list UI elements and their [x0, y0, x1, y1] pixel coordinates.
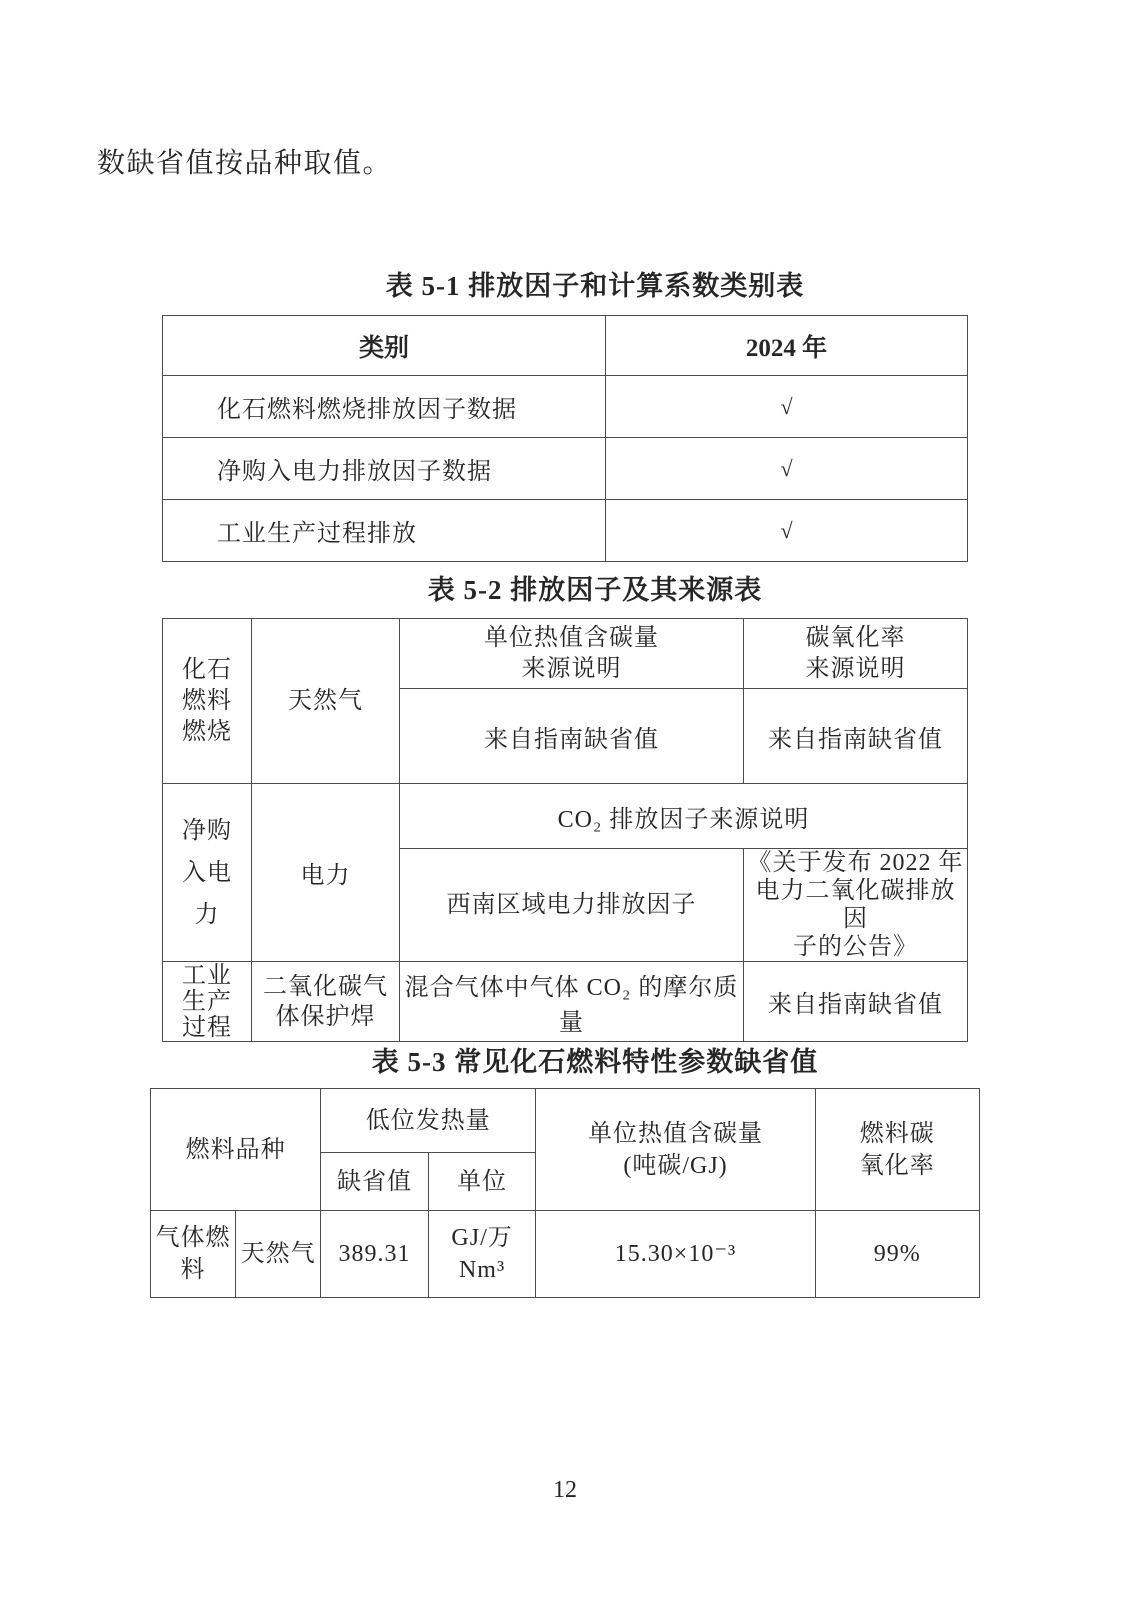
t52-electricity-factor: 西南区域电力排放因子	[400, 849, 744, 962]
document-page: 数缺省值按品种取值。 表 5-1 排放因子和计算系数类别表 类别 2024 年 …	[0, 0, 1130, 1600]
table-row: 工业 生产 过程 二氧化碳气 体保护焊 混合气体中气体 CO₂ 的摩尔质量 来自…	[163, 962, 968, 1042]
t51-row2-category: 净购入电力排放因子数据	[163, 438, 606, 500]
table-5-3-title: 表 5-3 常见化石燃料特性参数缺省值	[30, 1040, 1130, 1079]
t51-row1-category: 化石燃料燃烧排放因子数据	[163, 376, 606, 438]
page-number: 12	[0, 1477, 1130, 1504]
t52-fossil-category: 化石 燃料 燃烧	[163, 619, 252, 784]
t52-co2-source-header: CO₂ 排放因子来源说明	[400, 784, 968, 849]
intro-paragraph: 数缺省值按品种取值。	[97, 141, 392, 181]
t52-oxidation-rate-header: 碳氧化率 来源说明	[744, 619, 968, 689]
table-row: 气体燃料 天然气 389.31 GJ/万 Nm³ 15.30×10⁻³ 99%	[151, 1211, 980, 1298]
t52-oxidation-rate-source: 来自指南缺省值	[744, 689, 968, 784]
table-5-2: 化石 燃料 燃烧 天然气 单位热值含碳量 来源说明 碳氧化率 来源说明 来自指南…	[162, 618, 968, 1042]
t53-header-unit: 单位	[428, 1153, 536, 1211]
t53-header-oxidation-rate: 燃料碳 氧化率	[815, 1089, 979, 1211]
t52-industrial-category: 工业 生产 过程	[163, 962, 252, 1042]
t52-electricity-source: 《关于发布 2022 年 电力二氧化碳排放因 子的公告》	[744, 849, 968, 962]
t51-header-category: 类别	[163, 316, 606, 376]
t53-fuel-class: 气体燃料	[151, 1211, 236, 1298]
table-5-3: 燃料品种 低位发热量 单位热值含碳量 (吨碳/GJ) 燃料碳 氧化率 缺省值 单…	[150, 1088, 980, 1298]
t51-row3-checkmark: √	[606, 500, 968, 562]
t53-ncv-value: 389.31	[321, 1211, 429, 1298]
t51-row3-category: 工业生产过程排放	[163, 500, 606, 562]
t53-header-carbon-content: 单位热值含碳量 (吨碳/GJ)	[536, 1089, 815, 1211]
t53-fuel-name: 天然气	[236, 1211, 321, 1298]
t51-row1-checkmark: √	[606, 376, 968, 438]
t53-carbon-content-value: 15.30×10⁻³	[536, 1211, 815, 1298]
t53-ncv-unit: GJ/万 Nm³	[428, 1211, 536, 1298]
t52-carbon-content-source: 来自指南缺省值	[400, 689, 744, 784]
t52-electricity-fuel: 电力	[252, 784, 400, 962]
t51-row2-checkmark: √	[606, 438, 968, 500]
t52-industrial-parameter: 混合气体中气体 CO₂ 的摩尔质量	[400, 962, 744, 1042]
table-row: 净购 入电 力 电力 CO₂ 排放因子来源说明	[163, 784, 968, 849]
table-row: 净购入电力排放因子数据 √	[163, 438, 968, 500]
t53-header-default-value: 缺省值	[321, 1153, 429, 1211]
table-row: 化石燃料燃烧排放因子数据 √	[163, 376, 968, 438]
t51-header-year: 2024 年	[606, 316, 968, 376]
t52-electricity-category: 净购 入电 力	[163, 784, 252, 962]
table-row: 燃料品种 低位发热量 单位热值含碳量 (吨碳/GJ) 燃料碳 氧化率	[151, 1089, 980, 1153]
t52-carbon-content-header: 单位热值含碳量 来源说明	[400, 619, 744, 689]
t53-oxidation-rate-value: 99%	[815, 1211, 979, 1298]
table-row: 类别 2024 年	[163, 316, 968, 376]
table-row: 化石 燃料 燃烧 天然气 单位热值含碳量 来源说明 碳氧化率 来源说明	[163, 619, 968, 689]
t52-industrial-process: 二氧化碳气 体保护焊	[252, 962, 400, 1042]
table-5-2-title: 表 5-2 排放因子及其来源表	[30, 568, 1130, 607]
t52-industrial-source: 来自指南缺省值	[744, 962, 968, 1042]
table-row: 工业生产过程排放 √	[163, 500, 968, 562]
t52-fossil-fuel: 天然气	[252, 619, 400, 784]
table-5-1: 类别 2024 年 化石燃料燃烧排放因子数据 √ 净购入电力排放因子数据 √ 工…	[162, 315, 968, 562]
table-5-1-title: 表 5-1 排放因子和计算系数类别表	[30, 264, 1130, 303]
t53-header-fuel-type: 燃料品种	[151, 1089, 321, 1211]
t53-header-ncv: 低位发热量	[321, 1089, 536, 1153]
